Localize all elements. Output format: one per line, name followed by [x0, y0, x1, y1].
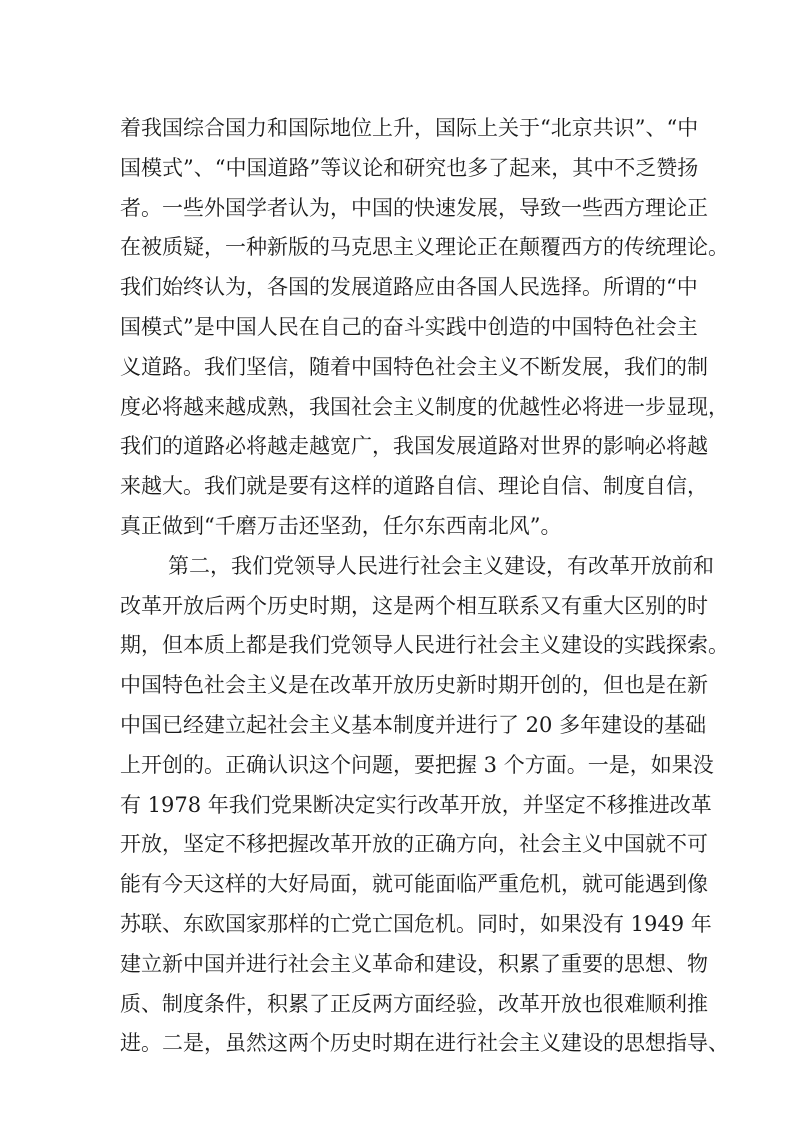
text-line: 中国已经建立起社会主义基本制度并进行了 20 多年建设的基础	[120, 706, 673, 746]
text-line: 真正做到“千磨万击还坚劲，任尔东西南北风”。	[120, 507, 673, 547]
text-line: 建立新中国并进行社会主义革命和建设，积累了重要的思想、物	[120, 945, 673, 985]
text-line: 国模式”、“中国道路”等议论和研究也多了起来，其中不乏赞扬	[120, 149, 673, 189]
text-line: 改革开放后两个历史时期，这是两个相互联系又有重大区别的时	[120, 587, 673, 627]
text-line: 质、制度条件，积累了正反两方面经验，改革开放也很难顺利推	[120, 985, 673, 1025]
text-line: 第二，我们党领导人民进行社会主义建设，有改革开放前和	[120, 547, 673, 587]
text-line: 我们的道路必将越走越宽广，我国发展道路对世界的影响必将越	[120, 427, 673, 467]
text-line: 中国特色社会主义是在改革开放历史新时期开创的，但也是在新	[120, 666, 673, 706]
text-line: 着我国综合国力和国际地位上升，国际上关于“北京共识”、“中	[120, 109, 673, 149]
document-page: 着我国综合国力和国际地位上升，国际上关于“北京共识”、“中 国模式”、“中国道路…	[0, 0, 793, 1122]
text-line: 开放，坚定不移把握改革开放的正确方向，社会主义中国就不可	[120, 825, 673, 865]
text-line: 苏联、东欧国家那样的亡党亡国危机。同时，如果没有 1949 年	[120, 905, 673, 945]
text-line: 上开创的。正确认识这个问题，要把握 3 个方面。一是，如果没	[120, 746, 673, 786]
paragraph-2: 第二，我们党领导人民进行社会主义建设，有改革开放前和 改革开放后两个历史时期，这…	[120, 547, 673, 1064]
text-line: 能有今天这样的大好局面，就可能面临严重危机，就可能遇到像	[120, 865, 673, 905]
paragraph-1: 着我国综合国力和国际地位上升，国际上关于“北京共识”、“中 国模式”、“中国道路…	[120, 109, 673, 547]
text-line: 国模式”是中国人民在自己的奋斗实践中创造的中国特色社会主	[120, 308, 673, 348]
text-line: 义道路。我们坚信，随着中国特色社会主义不断发展，我们的制	[120, 348, 673, 388]
text-line: 在被质疑，一种新版的马克思主义理论正在颠覆西方的传统理论。	[120, 228, 673, 268]
document-body: 着我国综合国力和国际地位上升，国际上关于“北京共识”、“中 国模式”、“中国道路…	[120, 109, 673, 1064]
text-line: 有 1978 年我们党果断决定实行改革开放，并坚定不移推进改革	[120, 786, 673, 826]
text-line: 进。二是，虽然这两个历史时期在进行社会主义建设的思想指导、	[120, 1024, 673, 1064]
text-line: 度必将越来越成熟，我国社会主义制度的优越性必将进一步显现，	[120, 388, 673, 428]
text-line: 来越大。我们就是要有这样的道路自信、理论自信、制度自信，	[120, 467, 673, 507]
text-line: 者。一些外国学者认为，中国的快速发展，导致一些西方理论正	[120, 189, 673, 229]
text-line: 我们始终认为，各国的发展道路应由各国人民选择。所谓的“中	[120, 268, 673, 308]
text-line: 期，但本质上都是我们党领导人民进行社会主义建设的实践探索。	[120, 626, 673, 666]
